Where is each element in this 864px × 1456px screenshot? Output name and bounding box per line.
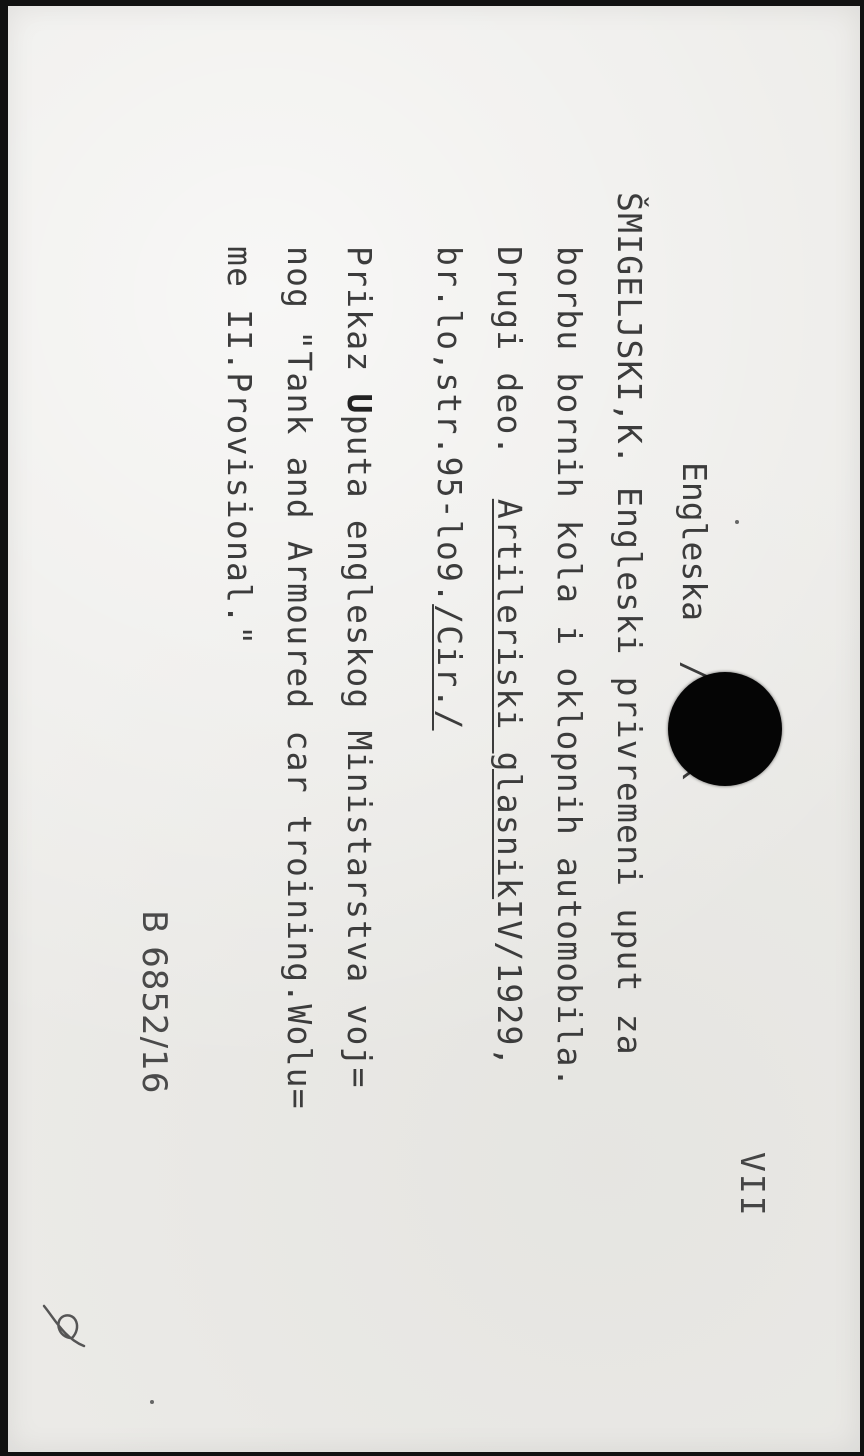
entry-1-line-4: br.lo,str.95-lo9./Cir./ [433, 246, 466, 731]
entry-1-pages: br.lo,str.95-lo9. [430, 246, 469, 604]
speck [735, 520, 739, 524]
handwritten-number-icon [34, 1298, 94, 1358]
entry-1-line-2: borbu bornih kola i oklopnih automobila. [553, 246, 586, 1089]
entry-1-title-part-1: Engleski privremeni uput za [610, 487, 649, 1056]
speck [150, 1400, 154, 1404]
entry-2-line-1-rest: puta engleskog Ministarstva voj= [340, 415, 379, 1089]
entry-2-prefix: Prikaz [340, 246, 379, 372]
entry-1-part: Drugi deo. [490, 246, 529, 457]
entry-1-script-note: /Cir./ [430, 604, 469, 730]
entry-2-line-1: Prikaz Uputa engleskog Ministarstva voj= [343, 246, 376, 1089]
class-mark: VII [733, 1152, 772, 1218]
entry-1-line-3: Drugi deo. Artileriski glasnikIV/1929, [493, 246, 526, 1068]
call-number: B 6852/16 [134, 910, 174, 1094]
entry-2-bold-letter: U [340, 393, 379, 414]
entry-1-author: ŠMIGELJSKI,K. [610, 192, 649, 466]
entry-2-line-2: nog "Tank and Armoured car troining.Wolu… [283, 246, 316, 1110]
subject-country: Engleska [675, 462, 714, 621]
entry-1-journal: Artileriski glasnik [490, 499, 529, 899]
entry-1-issue: IV/1929, [490, 899, 529, 1068]
punch-hole [668, 672, 782, 786]
entry-2-line-3: me II.Provisional." [223, 246, 256, 646]
entry-1-line-1: ŠMIGELJSKI,K. Engleski privremeni uput z… [613, 192, 646, 1056]
